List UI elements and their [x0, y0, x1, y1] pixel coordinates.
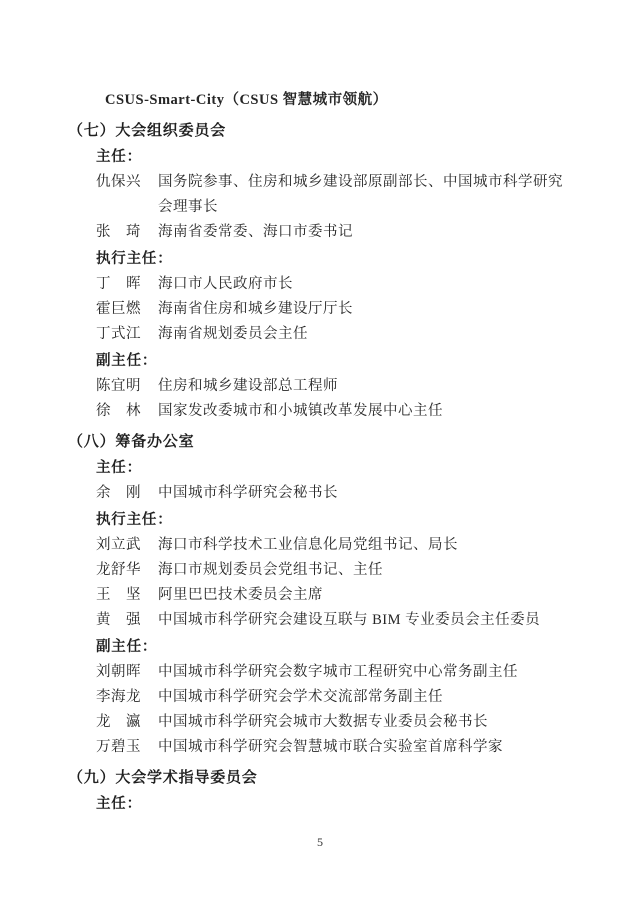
member-title: 海南省规划委员会主任 [158, 322, 574, 347]
member-list: 陈宜明 住房和城乡建设部总工程师 徐 林 国家发改委城市和小城镇改革发展中心主任 [68, 374, 574, 424]
member-list: 丁 晖 海口市人民政府市长 霍巨燃 海南省住房和城乡建设厅厅长 丁式江 海南省规… [68, 272, 574, 347]
member-title: 阿里巴巴技术委员会主席 [158, 583, 574, 608]
role-group: 主任： 仇保兴 国务院参事、住房和城乡建设部原副部长、中国城市科学研究会理事长 … [68, 145, 574, 245]
member-name: 张 琦 [96, 220, 158, 245]
member-name: 丁 晖 [96, 272, 158, 297]
member-row: 万碧玉 中国城市科学研究会智慧城市联合实验室首席科学家 [96, 735, 574, 760]
member-row: 丁 晖 海口市人民政府市长 [96, 272, 574, 297]
member-row: 仇保兴 国务院参事、住房和城乡建设部原副部长、中国城市科学研究会理事长 [96, 170, 574, 220]
member-title: 海南省委常委、海口市委书记 [158, 220, 574, 245]
member-title: 国家发改委城市和小城镇改革发展中心主任 [158, 399, 574, 424]
section-heading: （七）大会组织委员会 [68, 118, 574, 143]
member-row: 余 刚 中国城市科学研究会秘书长 [96, 481, 574, 506]
member-row: 龙舒华 海口市规划委员会党组书记、主任 [96, 558, 574, 583]
member-name: 万碧玉 [96, 735, 158, 760]
committee-section: （八）筹备办公室 主任： 余 刚 中国城市科学研究会秘书长 执行主任： 刘立武 … [68, 429, 574, 760]
member-list: 刘朝晖 中国城市科学研究会数字城市工程研究中心常务副主任 李海龙 中国城市科学研… [68, 660, 574, 760]
member-title: 中国城市科学研究会城市大数据专业委员会秘书长 [158, 710, 574, 735]
section-heading: （八）筹备办公室 [68, 429, 574, 454]
member-name: 刘朝晖 [96, 660, 158, 685]
member-row: 霍巨燃 海南省住房和城乡建设厅厅长 [96, 297, 574, 322]
role-group: 执行主任： 刘立武 海口市科学技术工业信息化局党组书记、局长 龙舒华 海口市规划… [68, 508, 574, 633]
member-name: 丁式江 [96, 322, 158, 347]
member-name: 陈宜明 [96, 374, 158, 399]
member-row: 张 琦 海南省委常委、海口市委书记 [96, 220, 574, 245]
section-heading: （九）大会学术指导委员会 [68, 765, 574, 790]
sections-container: （七）大会组织委员会 主任： 仇保兴 国务院参事、住房和城乡建设部原副部长、中国… [68, 118, 574, 817]
member-row: 徐 林 国家发改委城市和小城镇改革发展中心主任 [96, 399, 574, 424]
member-title: 海口市人民政府市长 [158, 272, 574, 297]
member-row: 李海龙 中国城市科学研究会学术交流部常务副主任 [96, 685, 574, 710]
member-list: 仇保兴 国务院参事、住房和城乡建设部原副部长、中国城市科学研究会理事长 张 琦 … [68, 170, 574, 245]
member-title: 住房和城乡建设部总工程师 [158, 374, 574, 399]
member-title: 中国城市科学研究会建设互联与 BIM 专业委员会主任委员 [158, 608, 574, 633]
role-heading: 主任： [96, 456, 574, 481]
member-title: 海口市规划委员会党组书记、主任 [158, 558, 574, 583]
role-heading: 执行主任： [96, 247, 574, 272]
member-title: 海南省住房和城乡建设厅厅长 [158, 297, 574, 322]
member-name: 王 坚 [96, 583, 158, 608]
member-title: 中国城市科学研究会学术交流部常务副主任 [158, 685, 574, 710]
member-row: 龙 瀛 中国城市科学研究会城市大数据专业委员会秘书长 [96, 710, 574, 735]
role-group: 主任： 余 刚 中国城市科学研究会秘书长 [68, 456, 574, 506]
committee-section: （九）大会学术指导委员会 主任： [68, 765, 574, 817]
member-name: 黄 强 [96, 608, 158, 633]
role-group: 副主任： 刘朝晖 中国城市科学研究会数字城市工程研究中心常务副主任 李海龙 中国… [68, 635, 574, 760]
member-title: 中国城市科学研究会智慧城市联合实验室首席科学家 [158, 735, 574, 760]
member-row: 黄 强 中国城市科学研究会建设互联与 BIM 专业委员会主任委员 [96, 608, 574, 633]
member-name: 龙 瀛 [96, 710, 158, 735]
member-name: 刘立武 [96, 533, 158, 558]
role-heading: 主任： [96, 792, 574, 817]
member-title: 中国城市科学研究会秘书长 [158, 481, 574, 506]
member-name: 仇保兴 [96, 170, 158, 220]
member-name: 李海龙 [96, 685, 158, 710]
role-heading: 主任： [96, 145, 574, 170]
member-list: 余 刚 中国城市科学研究会秘书长 [68, 481, 574, 506]
member-row: 王 坚 阿里巴巴技术委员会主席 [96, 583, 574, 608]
member-title: 海口市科学技术工业信息化局党组书记、局长 [158, 533, 574, 558]
member-title: 中国城市科学研究会数字城市工程研究中心常务副主任 [158, 660, 574, 685]
role-heading: 执行主任： [96, 508, 574, 533]
member-name: 霍巨燃 [96, 297, 158, 322]
role-groups: 主任： 仇保兴 国务院参事、住房和城乡建设部原副部长、中国城市科学研究会理事长 … [68, 145, 574, 424]
member-row: 陈宜明 住房和城乡建设部总工程师 [96, 374, 574, 399]
member-name: 徐 林 [96, 399, 158, 424]
committee-section: （七）大会组织委员会 主任： 仇保兴 国务院参事、住房和城乡建设部原副部长、中国… [68, 118, 574, 424]
member-name: 龙舒华 [96, 558, 158, 583]
page-number: 5 [0, 835, 640, 850]
role-heading: 副主任： [96, 635, 574, 660]
document-page: CSUS-Smart-City（CSUS 智慧城市领航） （七）大会组织委员会 … [0, 0, 640, 905]
role-group: 副主任： 陈宜明 住房和城乡建设部总工程师 徐 林 国家发改委城市和小城镇改革发… [68, 349, 574, 424]
member-row: 刘立武 海口市科学技术工业信息化局党组书记、局长 [96, 533, 574, 558]
role-groups: 主任： [68, 792, 574, 817]
member-row: 丁式江 海南省规划委员会主任 [96, 322, 574, 347]
role-group: 执行主任： 丁 晖 海口市人民政府市长 霍巨燃 海南省住房和城乡建设厅厅长 丁式… [68, 247, 574, 347]
role-group: 主任： [68, 792, 574, 817]
role-groups: 主任： 余 刚 中国城市科学研究会秘书长 执行主任： 刘立武 海口市科学技术工业… [68, 456, 574, 760]
member-name: 余 刚 [96, 481, 158, 506]
member-list: 刘立武 海口市科学技术工业信息化局党组书记、局长 龙舒华 海口市规划委员会党组书… [68, 533, 574, 633]
member-title: 国务院参事、住房和城乡建设部原副部长、中国城市科学研究会理事长 [158, 170, 574, 220]
role-heading: 副主任： [96, 349, 574, 374]
intro-line: CSUS-Smart-City（CSUS 智慧城市领航） [105, 88, 574, 113]
member-row: 刘朝晖 中国城市科学研究会数字城市工程研究中心常务副主任 [96, 660, 574, 685]
